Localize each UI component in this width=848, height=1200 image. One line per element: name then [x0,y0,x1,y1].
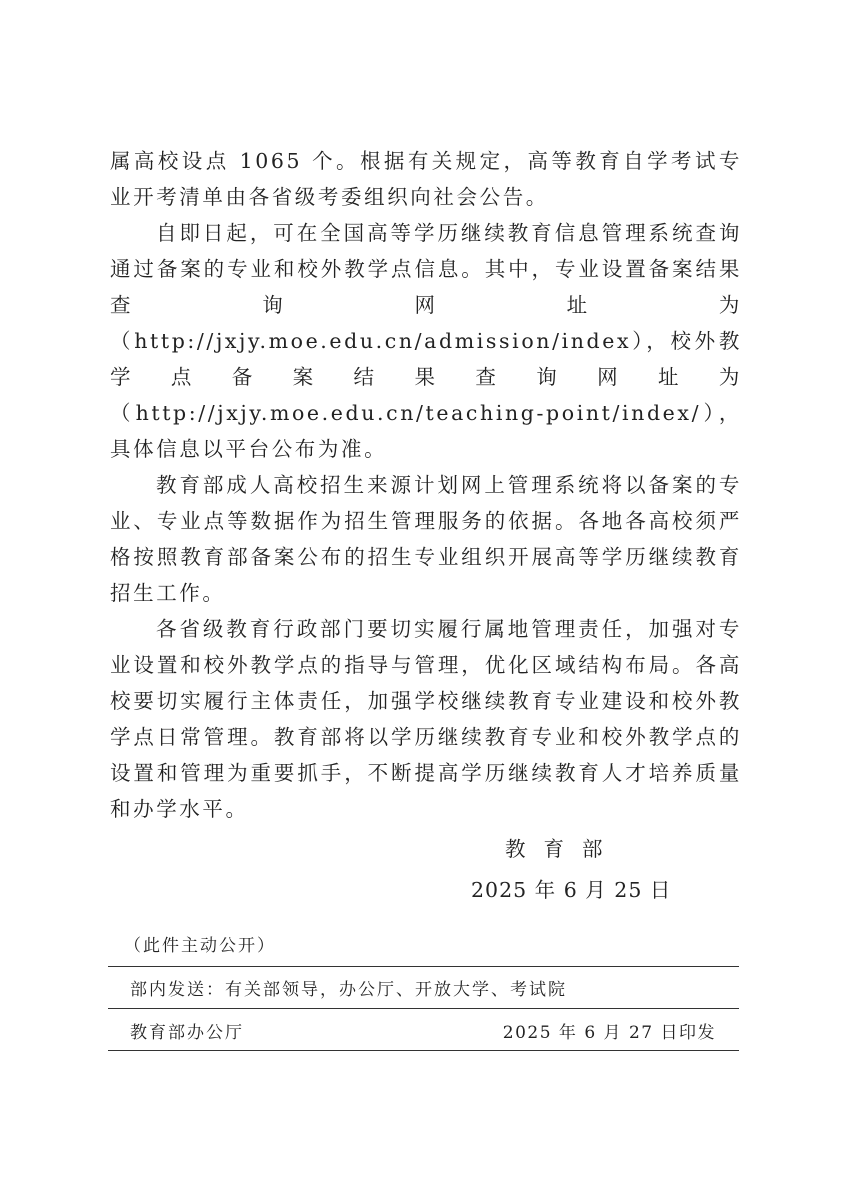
signature-date: 2025 年 6 月 25 日 [471,873,671,903]
document-body: 属高校设点 1065 个。根据有关规定，高等教育自学考试专业开考清单由各省级考委… [110,143,742,827]
divider-middle [108,1008,739,1009]
paragraph-1: 属高校设点 1065 个。根据有关规定，高等教育自学考试专业开考清单由各省级考委… [110,143,742,215]
paragraph-2: 自即日起，可在全国高等学历继续教育信息管理系统查询通过备案的专业和校外教学点信息… [110,215,742,467]
document-page: 属高校设点 1065 个。根据有关规定，高等教育自学考试专业开考清单由各省级考委… [0,0,848,1200]
distribution-list: 部内发送：有关部领导，办公厅、开放大学、考试院 [130,975,567,1000]
divider-bottom [108,1050,739,1051]
issue-date: 2025 年 6 月 27 日印发 [503,1018,716,1043]
paragraph-4: 各省级教育行政部门要切实履行属地管理责任，加强对专业设置和校外教学点的指导与管理… [110,611,742,827]
public-disclosure-note: （此件主动公开） [124,931,276,956]
issuing-office: 教育部办公厅 [130,1018,244,1043]
signature-organization: 教育部 [505,832,621,862]
divider-top [108,966,739,967]
paragraph-3: 教育部成人高校招生来源计划网上管理系统将以备案的专业、专业点等数据作为招生管理服… [110,467,742,611]
